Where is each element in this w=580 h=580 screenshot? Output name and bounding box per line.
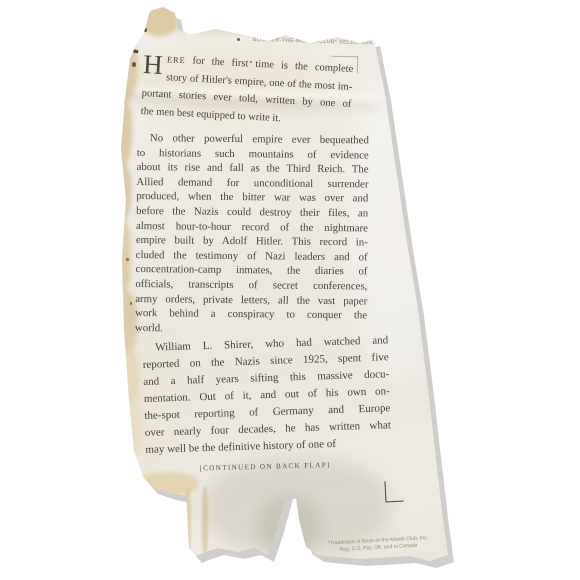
photo-background: BOOK-OF-THE-MONTH CLUB* SELECTION H ERE … [0, 0, 580, 580]
drop-cap-h: H [142, 50, 167, 84]
corner-registration-mark-bottom-right [384, 481, 403, 503]
paper-speck [237, 38, 240, 41]
torn-edge-fiber [172, 24, 297, 34]
torn-edge-fiber [114, 162, 131, 220]
continued-on-back-flap-note: [CONTINUED ON BACK FLAP] [142, 460, 388, 474]
trademark-fine-print: *Trademark of Book-of-the-Month Club, In… [303, 534, 453, 555]
small-caps-ere: ERE [167, 54, 186, 65]
paper-speck [126, 258, 129, 261]
text-line: work behind a conspiracy to conquer the [135, 306, 367, 323]
book-jacket-flap: BOOK-OF-THE-MONTH CLUB* SELECTION H ERE … [110, 4, 455, 572]
torn-edge-fiber [202, 486, 208, 554]
paper-speck [142, 28, 147, 32]
club-selection-line: BOOK-OF-THE-MONTH CLUB* SELECTION [253, 37, 383, 47]
torn-edge-fiber [140, 4, 178, 36]
torn-edge-fiber [114, 218, 131, 296]
torn-edge-fiber [112, 94, 132, 166]
torn-edge-fiber [258, 32, 363, 39]
paper-speck [118, 152, 120, 155]
paragraph-shirer: William L. Shirer, who had watched and r… [142, 333, 392, 460]
corner-registration-mark-top-right [331, 56, 358, 73]
flap-text-column: H ERE for the first time is the complete… [132, 50, 388, 474]
paper-speck [122, 100, 125, 104]
paragraph-evidence: No other powerful empire ever bequeathed… [135, 131, 369, 338]
paragraph-intro: H ERE for the first time is the complete… [140, 50, 353, 131]
